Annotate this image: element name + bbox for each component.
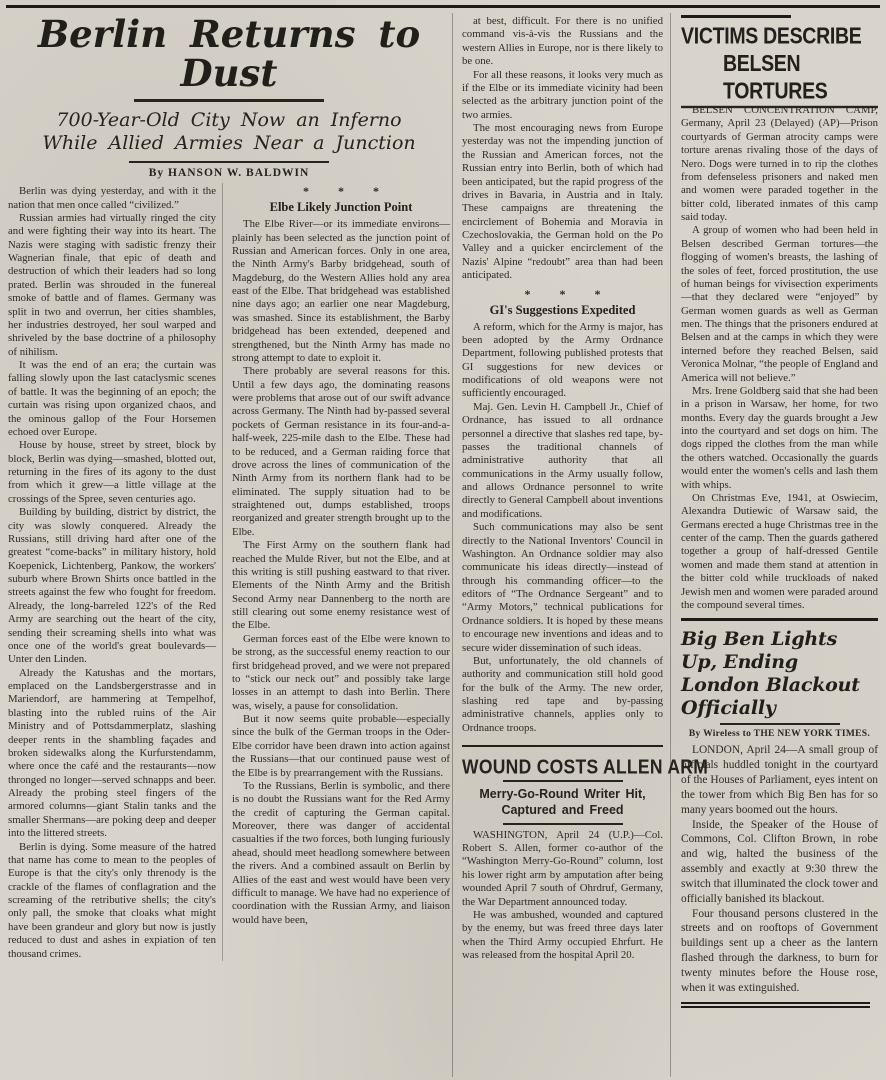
paragraph: He was ambushed, wounded and captured by… xyxy=(462,909,663,963)
article-berlin-body: Berlin was dying yesterday, and with it … xyxy=(6,183,452,961)
belsen-headline-line1: VICTIMS DESCRIBE xyxy=(681,23,878,51)
paragraph: To the Russians, Berlin is symbolic, and… xyxy=(232,780,450,927)
article-wound: WOUND COSTS ALLEN ARM Merry-Go-Round Wri… xyxy=(462,745,663,962)
article-belsen-headline: VICTIMS DESCRIBE BELSEN TORTURES xyxy=(681,23,878,108)
bigben-headline-line2: London Blackout Officially xyxy=(681,674,878,720)
article-berlin: Berlin Returns to Dust 700-Year-Old City… xyxy=(6,13,452,1077)
paragraph: BELSEN CONCENTRATION CAMP, Germany, Apri… xyxy=(681,104,878,224)
article-bigben-body: LONDON, April 24—A small group of offici… xyxy=(681,743,878,995)
wound-headline-rule xyxy=(503,780,623,782)
paragraph: Building by building, district by distri… xyxy=(8,506,216,667)
article-wound-subhead: Merry-Go-Round Writer Hit, Captured and … xyxy=(462,786,663,819)
section-head-elbe: Elbe Likely Junction Point xyxy=(232,200,450,215)
section-separator: * * * xyxy=(462,287,663,302)
article-berlin-col2: * * * Elbe Likely Junction Point The Elb… xyxy=(222,183,452,961)
paragraph: The Elbe River—or its immediate environs… xyxy=(232,218,450,365)
subhead-rule xyxy=(129,161,329,163)
wound-subhead-rule xyxy=(503,823,623,825)
article-belsen: VICTIMS DESCRIBE BELSEN TORTURES BELSEN … xyxy=(681,15,878,612)
paragraph: Berlin was dying yesterday, and with it … xyxy=(8,185,216,212)
paragraph: But, unfortunately, the old channels of … xyxy=(462,655,663,735)
paragraph: Four thousand persons clustered in the s… xyxy=(681,907,878,996)
paragraph: The First Army on the southern flank had… xyxy=(232,539,450,633)
article-wound-body: WASHINGTON, April 24 (U.P.)—Col. Robert … xyxy=(462,829,663,963)
belsen-headline-line2: BELSEN TORTURES xyxy=(681,51,878,109)
paragraph: House by house, street by street, block … xyxy=(8,439,216,506)
newspaper-page: Berlin Returns to Dust 700-Year-Old City… xyxy=(0,0,886,1080)
paragraph: A group of women who had been held in Be… xyxy=(681,224,878,385)
section-head-gi: GI's Suggestions Expedited xyxy=(462,303,663,318)
bigben-end-rule xyxy=(681,1002,870,1008)
paragraph: There probably are several reasons for t… xyxy=(232,365,450,539)
article-belsen-body: BELSEN CONCENTRATION CAMP, Germany, Apri… xyxy=(681,104,878,612)
article-berlin-headline: Berlin Returns to Dust xyxy=(6,15,452,93)
page-columns: Berlin Returns to Dust 700-Year-Old City… xyxy=(6,13,880,1077)
article-berlin-subhead-line1: 700-Year-Old City Now an Inferno xyxy=(6,109,452,133)
article-bigben: Big Ben Lights Up, Ending London Blackou… xyxy=(681,618,878,1007)
article-wound-headline: WOUND COSTS ALLEN ARM xyxy=(462,755,663,779)
article-berlin-col3-top: at best, difficult. For there is no unif… xyxy=(462,15,663,283)
article-berlin-col2-body: The Elbe River—or its immediate environs… xyxy=(232,218,450,927)
paragraph: at best, difficult. For there is no unif… xyxy=(462,15,663,69)
headline-rule xyxy=(134,99,324,102)
paragraph: Maj. Gen. Levin H. Campbell Jr., Chief o… xyxy=(462,401,663,521)
paragraph: LONDON, April 24—A small group of offici… xyxy=(681,743,878,817)
article-bigben-byline: By Wireless to THE NEW YORK TIMES. xyxy=(681,729,878,739)
right-column: VICTIMS DESCRIBE BELSEN TORTURES BELSEN … xyxy=(670,13,880,1077)
paragraph: On Christmas Eve, 1941, at Oswiecim, Ale… xyxy=(681,492,878,612)
paragraph: It was the end of an era; the curtain wa… xyxy=(8,359,216,439)
bigben-top-rule xyxy=(681,618,878,621)
paragraph: Russian armies had virtually ringed the … xyxy=(8,212,216,359)
article-berlin-col3-bottom: A reform, which for the Army is major, h… xyxy=(462,321,663,736)
paragraph: Inside, the Speaker of the House of Comm… xyxy=(681,818,878,907)
paragraph: But it now seems quite probable—especial… xyxy=(232,713,450,780)
paragraph: Already the Katushas and the mortars, em… xyxy=(8,667,216,841)
article-berlin-byline: By HANSON W. BALDWIN xyxy=(6,167,452,179)
article-berlin-col1: Berlin was dying yesterday, and with it … xyxy=(6,183,222,961)
paragraph: Berlin is dying. Some measure of the hat… xyxy=(8,841,216,961)
section-separator: * * * xyxy=(232,184,450,199)
paragraph: A reform, which for the Army is major, h… xyxy=(462,321,663,401)
bigben-headline-line1: Big Ben Lights Up, Ending xyxy=(681,628,878,674)
top-rule xyxy=(6,5,880,8)
paragraph: WASHINGTON, April 24 (U.P.)—Col. Robert … xyxy=(462,829,663,909)
article-berlin-col3: at best, difficult. For there is no unif… xyxy=(452,13,670,1077)
article-bigben-headline: Big Ben Lights Up, Ending London Blackou… xyxy=(681,628,878,719)
paragraph: For all these reasons, it looks very muc… xyxy=(462,69,663,123)
belsen-top-rule xyxy=(681,15,791,18)
paragraph: Such communications may also be sent dir… xyxy=(462,521,663,655)
paragraph: German forces east of the Elbe were know… xyxy=(232,633,450,713)
article-berlin-subhead-line2: While Allied Armies Near a Junction xyxy=(6,132,452,156)
article-berlin-header: Berlin Returns to Dust 700-Year-Old City… xyxy=(6,13,452,179)
bigben-headline-rule xyxy=(720,723,840,725)
paragraph: Mrs. Irene Goldberg said that she had be… xyxy=(681,385,878,492)
paragraph: The most encouraging news from Europe ye… xyxy=(462,122,663,283)
